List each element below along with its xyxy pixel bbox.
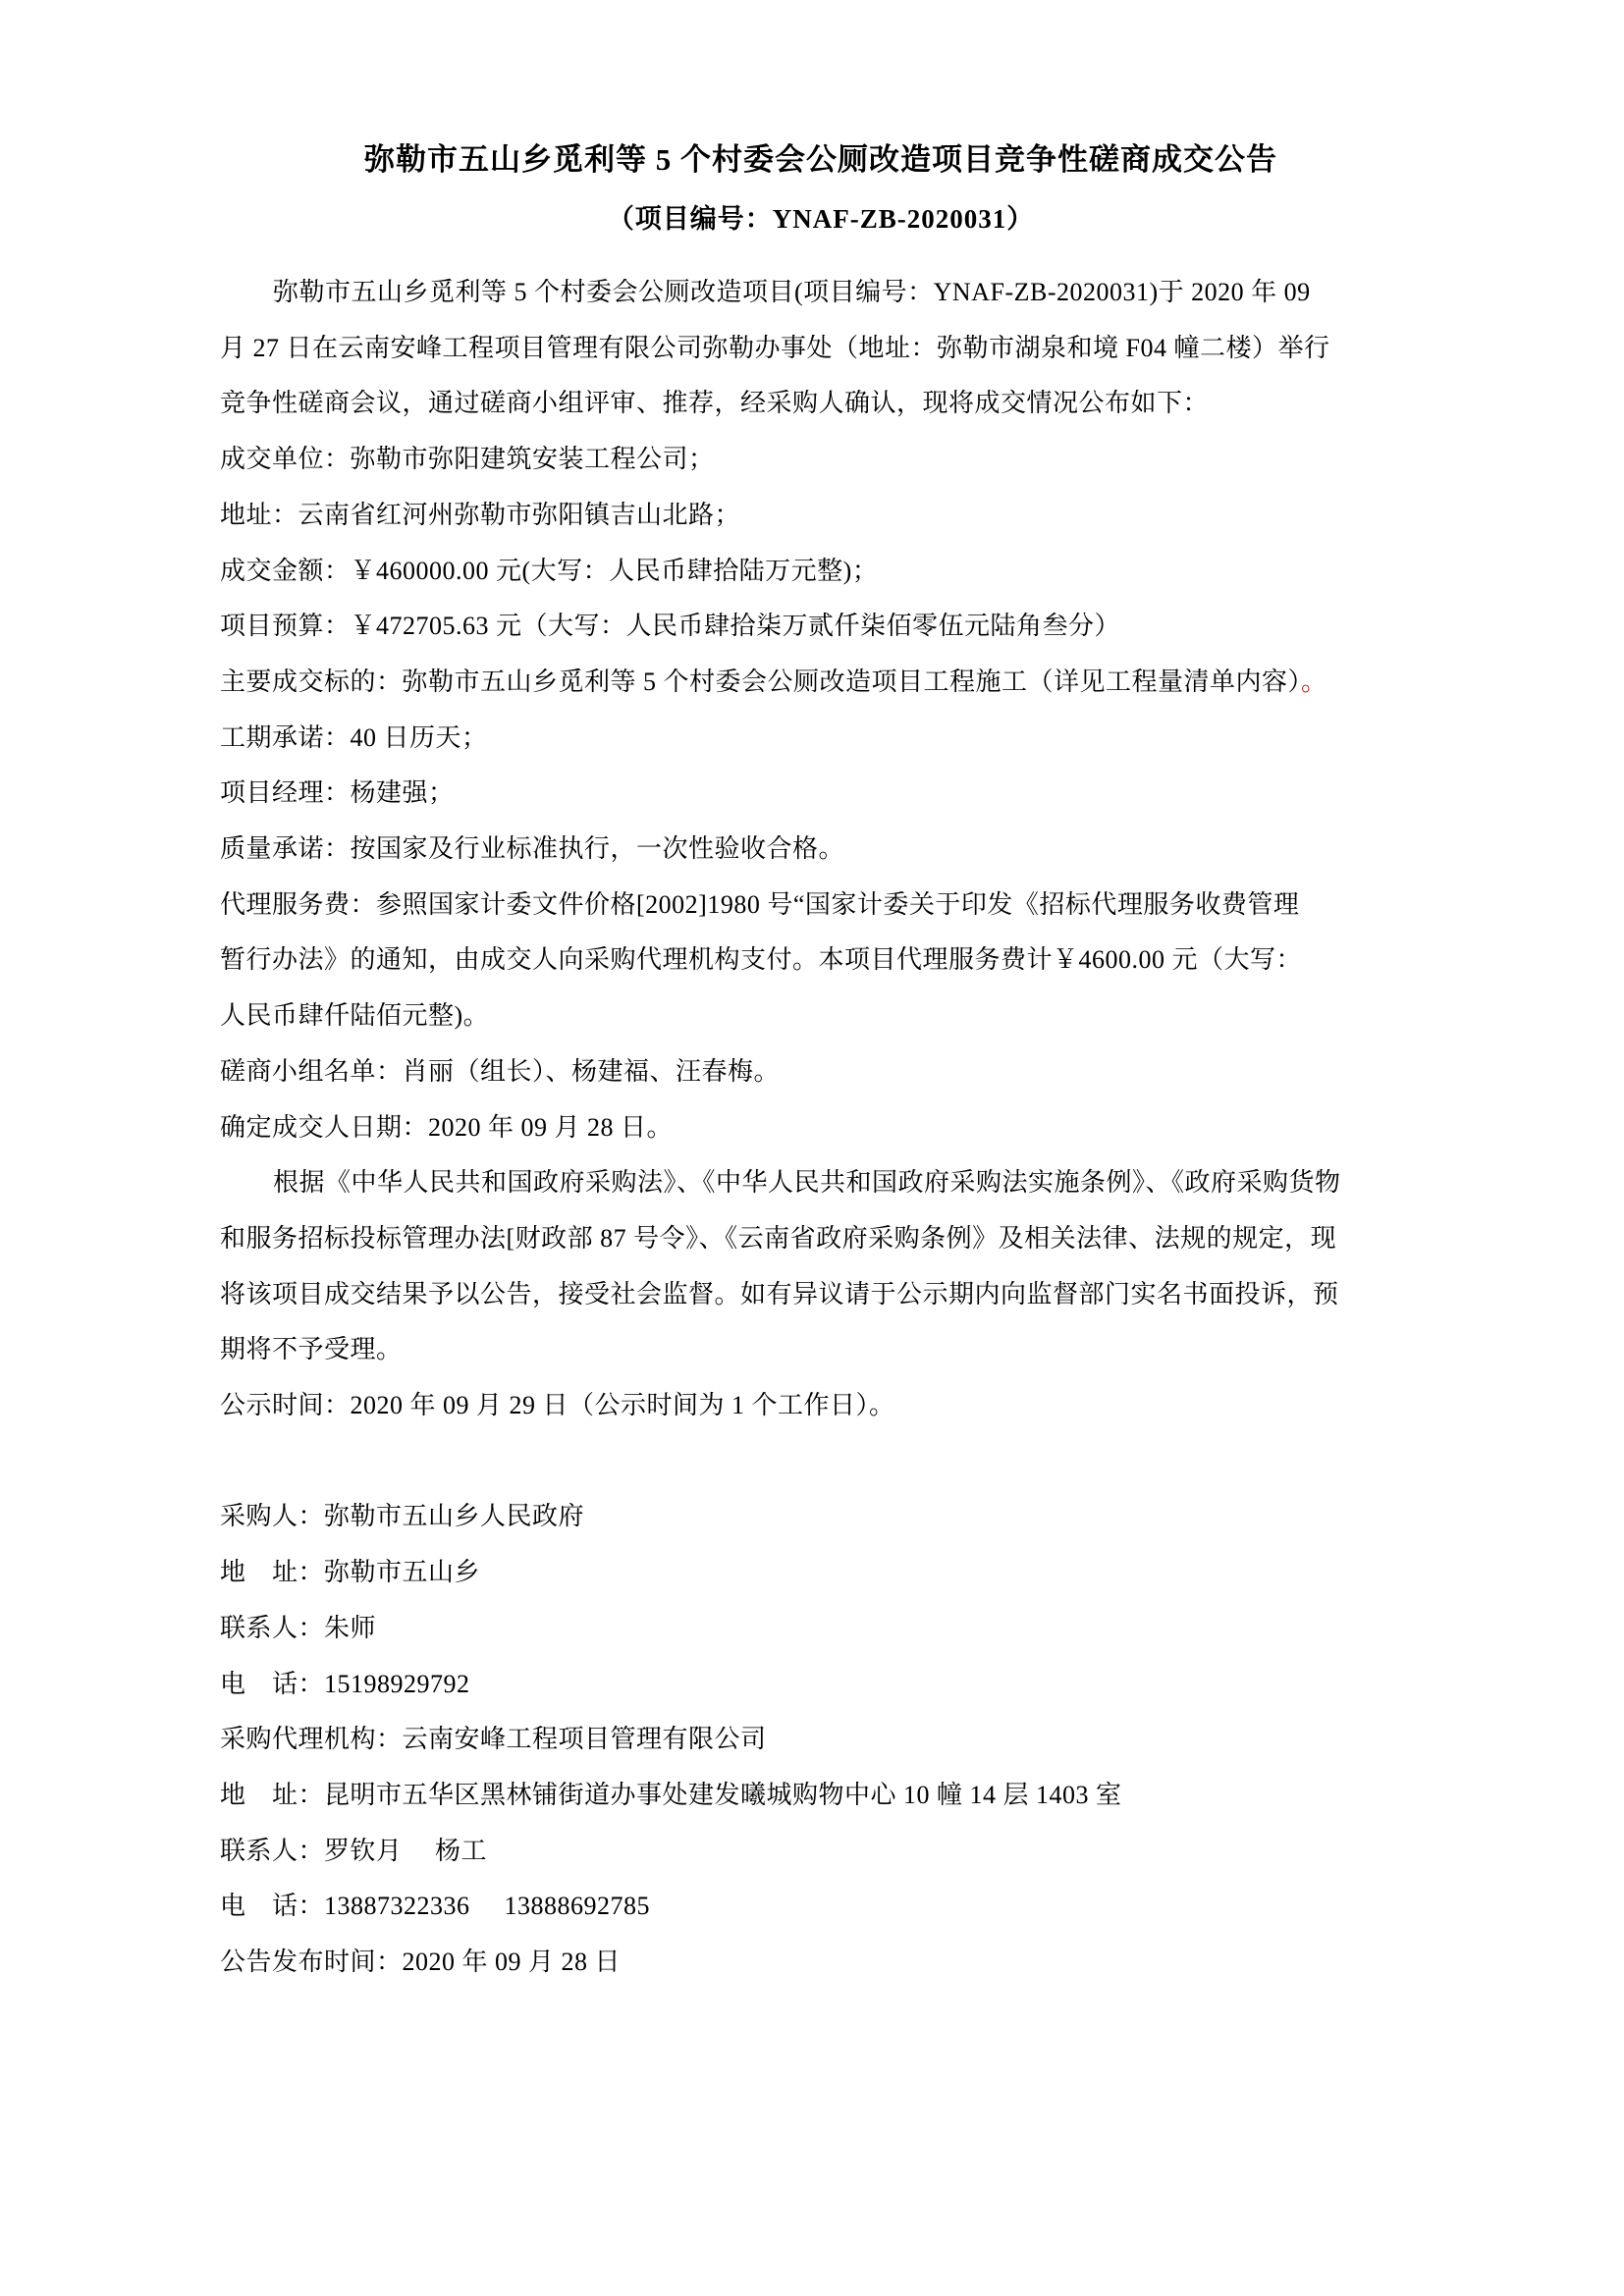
document-line: 竞争性磋商会议，通过磋商小组评审、推荐，经采购人确认，现将成交情况公布如下：: [220, 376, 1422, 432]
line-text: 期将不予受理。: [220, 1335, 403, 1363]
line-text: 工期承诺：40 日历天；: [220, 723, 488, 752]
line-text: 电 话：15198929792: [220, 1670, 470, 1698]
document-line: 工期承诺：40 日历天；: [220, 711, 1422, 767]
document-line: 地 址：昆明市五华区黑林铺街道办事处建发曦城购物中心 10 幢 14 层 140…: [220, 1768, 1422, 1824]
line-text: 主要成交标的：弥勒市五山乡觅利等 5 个村委会公厕改造项目工程施工（详见工程量清…: [220, 667, 1301, 696]
document-line: 根据《中华人民共和国政府采购法》、《中华人民共和国政府采购法实施条例》、《政府采…: [220, 1155, 1422, 1211]
document-line: 电 话：15198929792: [220, 1657, 1422, 1713]
project-number-subtitle: （项目编号：YNAF-ZB-2020031）: [220, 192, 1422, 245]
line-text: 月 27 日在云南安峰工程项目管理有限公司弥勒办事处（地址：弥勒市湖泉和境 F0…: [220, 334, 1329, 362]
document-line: 成交单位：弥勒市弥阳建筑安装工程公司；: [220, 432, 1422, 488]
document-line: 采购代理机构：云南安峰工程项目管理有限公司: [220, 1712, 1422, 1768]
document-line: 成交金额：￥460000.00 元(大写：人民币肆拾陆万元整)；: [220, 544, 1422, 600]
announcement-document: 弥勒市五山乡觅利等 5 个村委会公厕改造项目竞争性磋商成交公告 （项目编号：YN…: [220, 128, 1422, 1991]
document-line: 公告发布时间：2020 年 09 月 28 日: [220, 1935, 1422, 1991]
document-line: 地 址：弥勒市五山乡: [220, 1545, 1422, 1601]
line-text: 竞争性磋商会议，通过磋商小组评审、推荐，经采购人确认，现将成交情况公布如下：: [220, 389, 1209, 417]
line-text: 公示时间：2020 年 09 月 29 日（公示时间为 1 个工作日）。: [220, 1391, 895, 1419]
line-text: 地 址：弥勒市五山乡: [220, 1558, 480, 1586]
line-text: 磋商小组名单：肖丽（组长）、杨建福、汪春梅。: [220, 1057, 780, 1086]
document-line: 月 27 日在云南安峰工程项目管理有限公司弥勒办事处（地址：弥勒市湖泉和境 F0…: [220, 321, 1422, 377]
document-line: 地址：云南省红河州弥勒市弥阳镇吉山北路；: [220, 488, 1422, 544]
line-text: 项目经理：杨建强；: [220, 778, 455, 807]
document-line: 弥勒市五山乡觅利等 5 个村委会公厕改造项目(项目编号：YNAF-ZB-2020…: [220, 265, 1422, 321]
line-text: 成交单位：弥勒市弥阳建筑安装工程公司；: [220, 445, 715, 473]
document-line: 暂行办法》的通知，由成交人向采购代理机构支付。本项目代理服务费计￥4600.00…: [220, 933, 1422, 988]
line-text: 项目预算：￥472705.63 元（大写：人民币肆拾柒万贰仟柒佰零伍元陆角叁分）: [220, 612, 1120, 640]
document-line: 项目预算：￥472705.63 元（大写：人民币肆拾柒万贰仟柒佰零伍元陆角叁分）: [220, 599, 1422, 655]
document-line: 期将不予受理。: [220, 1322, 1422, 1378]
document-line: 主要成交标的：弥勒市五山乡觅利等 5 个村委会公厕改造项目工程施工（详见工程量清…: [220, 655, 1422, 711]
line-text: 成交金额：￥460000.00 元(大写：人民币肆拾陆万元整)；: [220, 557, 878, 585]
document-line: 和服务招标投标管理办法[财政部 87 号令》、《云南省政府采购条例》及相关法律、…: [220, 1211, 1422, 1267]
document-line: 将该项目成交结果予以公告，接受社会监督。如有异议请于公示期内向监督部门实名书面投…: [220, 1267, 1422, 1323]
line-text: 地 址：昆明市五华区黑林铺街道办事处建发曦城购物中心 10 幢 14 层 140…: [220, 1781, 1122, 1809]
line-text: 地址：云南省红河州弥勒市弥阳镇吉山北路；: [220, 501, 740, 529]
line-text: 电 话：13887322336 13888692785: [220, 1892, 650, 1920]
line-text: 人民币肆仟陆佰元整)。: [220, 1001, 489, 1030]
line-text: 质量承诺：按国家及行业标准执行，一次性验收合格。: [220, 834, 844, 863]
document-line: 磋商小组名单：肖丽（组长）、杨建福、汪春梅。: [220, 1044, 1422, 1100]
document-line: 确定成交人日期：2020 年 09 月 28 日。: [220, 1100, 1422, 1156]
document-line: 联系人：朱师: [220, 1601, 1422, 1657]
document-line: 质量承诺：按国家及行业标准执行，一次性验收合格。: [220, 822, 1422, 878]
document-page: 弥勒市五山乡觅利等 5 个村委会公厕改造项目竞争性磋商成交公告 （项目编号：YN…: [0, 0, 1624, 2296]
line-text: 采购人：弥勒市五山乡人民政府: [220, 1502, 584, 1530]
document-title: 弥勒市五山乡觅利等 5 个村委会公厕改造项目竞争性磋商成交公告: [220, 128, 1422, 192]
line-text: 确定成交人日期：2020 年 09 月 28 日。: [220, 1113, 673, 1142]
document-line: 公示时间：2020 年 09 月 29 日（公示时间为 1 个工作日）。: [220, 1378, 1422, 1434]
line-text: 将该项目成交结果予以公告，接受社会监督。如有异议请于公示期内向监督部门实名书面投…: [220, 1280, 1339, 1308]
document-body: 弥勒市五山乡觅利等 5 个村委会公厕改造项目(项目编号：YNAF-ZB-2020…: [220, 265, 1422, 1991]
line-text: 暂行办法》的通知，由成交人向采购代理机构支付。本项目代理服务费计￥4600.00…: [220, 945, 1302, 974]
line-text: 采购代理机构：云南安峰工程项目管理有限公司: [220, 1725, 767, 1753]
document-line: 代理服务费：参照国家计委文件价格[2002]1980 号“国家计委关于印发《招标…: [220, 878, 1422, 934]
line-text: 弥勒市五山乡觅利等 5 个村委会公厕改造项目(项目编号：YNAF-ZB-2020…: [273, 278, 1311, 306]
red-period: 。: [1301, 667, 1327, 696]
line-text: 和服务招标投标管理办法[财政部 87 号令》、《云南省政府采购条例》及相关法律、…: [220, 1224, 1336, 1253]
line-text: 联系人：罗钦月 杨工: [220, 1837, 487, 1865]
document-line: 人民币肆仟陆佰元整)。: [220, 988, 1422, 1044]
line-text: 公告发布时间：2020 年 09 月 28 日: [220, 1948, 621, 1976]
line-text: 联系人：朱师: [220, 1614, 376, 1642]
document-line: 采购人：弥勒市五山乡人民政府: [220, 1489, 1422, 1545]
document-line: 联系人：罗钦月 杨工: [220, 1824, 1422, 1880]
line-text: 代理服务费：参照国家计委文件价格[2002]1980 号“国家计委关于印发《招标…: [220, 890, 1299, 919]
document-line: 项目经理：杨建强；: [220, 766, 1422, 822]
blank-line: [220, 1434, 1422, 1490]
line-text: 根据《中华人民共和国政府采购法》、《中华人民共和国政府采购法实施条例》、《政府采…: [273, 1168, 1341, 1197]
document-line: 电 话：13887322336 13888692785: [220, 1879, 1422, 1935]
